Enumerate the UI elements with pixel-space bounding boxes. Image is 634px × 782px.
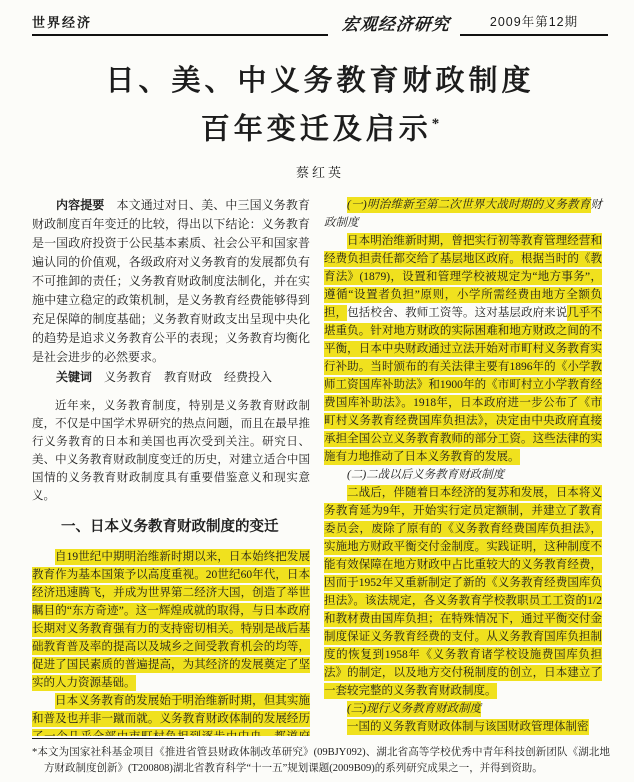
abstract-paragraph: 内容提要 本文通过对日、美、中三国义务教育财政制度百年变迁的比较，得出以下结论：… [32, 196, 310, 367]
subsection-1-paragraph: 日本明治维新时期，曾把实行初等教育管理经营和经费负担责任都交给了基层地区政府。根… [324, 232, 602, 466]
subsection-2-paragraph: 二战后，伴随着日本经济的复苏和发展，日本将义务教育延为9年，开始实行定员定额制，… [324, 484, 602, 700]
highlight-mark: (一)明治维新至第二次世界大战时期的义务教育 [347, 197, 591, 213]
highlight-mark: 一国的义务教育财政体制与该国财政管理体制密 [347, 719, 589, 735]
abstract-text: 本文通过对日、美、中三国义务教育财政制度百年变迁的比较，得出以下结论：义务教育是… [32, 198, 310, 364]
article-title-line1: 日、美、中义务教育财政制度 [32, 60, 608, 103]
abstract-label: 内容提要 [56, 198, 104, 212]
highlight-mark: 自19世纪中期明治维新时期以来，日本始终把发展教育作为基本国策予以高度重视。20… [32, 549, 310, 691]
header-section-label: 世界经济 [32, 12, 328, 36]
subsection-1-heading: (一)明治维新至第二次世界大战时期的义务教育财政制度 [324, 196, 602, 232]
article-title-line2-text: 百年变迁及启示 [201, 114, 432, 146]
author-name: 蔡红英 [32, 162, 608, 181]
subsection-2-heading: (二)二战以后义务教育财政制度 [324, 466, 602, 484]
section-one-heading: 一、日本义务教育财政制度的变迁 [32, 518, 310, 536]
left-column-body: 近年来，义务教育制度，特别是义务教育财政制度，不仅是中国学术界研究的热点问题，而… [32, 397, 310, 744]
right-column: (一)明治维新至第二次世界大战时期的义务教育财政制度 日本明治维新时期，曾把实行… [324, 196, 602, 744]
footnote-text: *本文为国家社科基金项目《推进省管县财政体制改革研究》(09BJY092)、湖北… [32, 745, 610, 776]
footnote-block: *本文为国家社科基金项目《推进省管县财政体制改革研究》(09BJY092)、湖北… [32, 736, 610, 776]
subsection-3-heading: (三)现行义务教育财政制度 [324, 700, 602, 718]
issue-label: 2009年第12期 [460, 12, 608, 36]
title-footnote-marker: * [432, 116, 440, 132]
abstract-block: 内容提要 本文通过对日、美、中三国义务教育财政制度百年变迁的比较，得出以下结论：… [32, 196, 310, 387]
article-title-line2: 百年变迁及启示* [32, 103, 608, 152]
plain-segment: 包括校舍、教师工资等。这对基层政府来说 [347, 307, 567, 319]
subsection-3-paragraph: 一国的义务教育财政体制与该国财政管理体制密 [324, 718, 602, 736]
highlight-mark: 二战后，伴随着日本经济的复苏和发展，日本将义务教育延为9年，开始实行定员定额制，… [324, 485, 602, 699]
title-block: 日、美、中义务教育财政制度 百年变迁及启示* [32, 60, 608, 152]
left-column: 内容提要 本文通过对日、美、中三国义务教育财政制度百年变迁的比较，得出以下结论：… [32, 196, 310, 744]
journal-name: 宏观经济研究 [327, 10, 461, 36]
keywords-text: 义务教育 教育财政 经费投入 [104, 370, 272, 384]
highlight-mark: (三)现行义务教育财政制度 [347, 701, 481, 717]
keywords-label: 关键词 [56, 370, 92, 384]
highlight-mark: 几乎不堪重负。针对地方财政的实际困难和地方财政之间的不平衡，日本中央财政通过立法… [324, 305, 602, 465]
journal-page: 世界经济 宏观经济研究 2009年第12期 日、美、中义务教育财政制度 百年变迁… [0, 0, 634, 782]
keywords-line: 关键词 义务教育 教育财政 经费投入 [32, 368, 310, 387]
intro-paragraph: 近年来，义务教育制度，特别是义务教育财政制度，不仅是中国学术界研究的热点问题，而… [32, 397, 310, 505]
article-columns: 内容提要 本文通过对日、美、中三国义务教育财政制度百年变迁的比较，得出以下结论：… [32, 196, 608, 744]
highlighted-paragraph-1: 自19世纪中期明治维新时期以来，日本始终把发展教育作为基本国策予以高度重视。20… [32, 548, 310, 692]
footnote-separator [32, 738, 184, 739]
page-header: 世界经济 宏观经济研究 2009年第12期 [32, 10, 608, 36]
